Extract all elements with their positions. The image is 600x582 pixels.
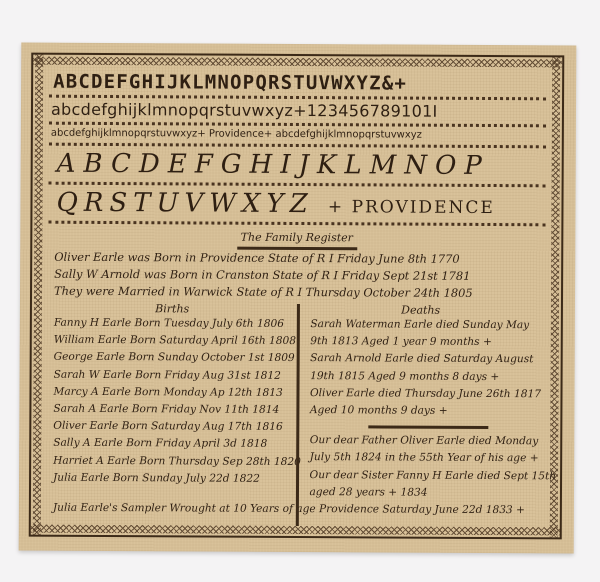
birth-entry: Sarah A Earle Born Friday Nov 11th 1814 bbox=[47, 401, 296, 420]
death-entry: 19th 1815 Aged 9 months 8 days + bbox=[304, 368, 553, 387]
death-entry: aged 28 years + 1834 bbox=[303, 484, 552, 503]
register-columns: Fanny H Earle Born Tuesday July 6th 1806… bbox=[47, 315, 545, 503]
birth-entry: Sarah W Earle Born Friday Aug 31st 1812 bbox=[48, 366, 297, 385]
death-entry: Sarah Arnold Earle died Saturday August bbox=[304, 350, 553, 369]
alphabet-lowercase-numbers: abcdefghijklmnopqrstuvwxyz+123456789101I bbox=[49, 98, 546, 128]
birth-entry: Sally A Earle Born Friday April 3d 1818 bbox=[47, 435, 296, 454]
alphabet-script-a-p: ABCDEFGHIJKLMNOP bbox=[49, 146, 546, 188]
alphabet-uppercase-block: ABCDEFGHIJKLMNOPQRSTUVWXYZ&+ bbox=[49, 69, 546, 101]
death-entry: Sarah Waterman Earle died Sunday May bbox=[304, 316, 553, 335]
register-title: The Family Register bbox=[48, 230, 545, 246]
death-entry: Aged 10 months 9 days + bbox=[304, 402, 553, 421]
deaths-separator bbox=[368, 426, 488, 430]
family-register: The Family Register Oliver Earle was Bor… bbox=[47, 230, 545, 519]
birth-entry: William Earle Born Saturday April 16th 1… bbox=[48, 332, 297, 351]
birth-entry: Fanny H Earle Born Tuesday July 6th 1806 bbox=[48, 315, 297, 334]
deaths-column: Sarah Waterman Earle died Sunday May 9th… bbox=[295, 316, 552, 502]
death-entry: Our dear Sister Fanny H Earle died Sept … bbox=[304, 467, 553, 486]
births-column: Fanny H Earle Born Tuesday July 6th 1806… bbox=[47, 315, 296, 501]
providence-label: + PROVIDENCE bbox=[328, 197, 495, 218]
sampler-cloth: ABCDEFGHIJKLMNOPQRSTUVWXYZ&+ abcdefghijk… bbox=[19, 43, 577, 554]
death-entry: Oliver Earle died Thursday June 26th 181… bbox=[304, 385, 553, 404]
death-entry: Our dear Father Oliver Earle died Monday bbox=[304, 432, 553, 451]
death-entry: July 5th 1824 in the 55th Year of his ag… bbox=[304, 449, 553, 468]
birth-entry: Julia Earle Born Sunday July 22d 1822 bbox=[47, 470, 296, 489]
deaths-heading: Deaths bbox=[296, 303, 545, 317]
birth-entry: George Earle Born Sunday October 1st 180… bbox=[48, 349, 297, 368]
alphabet-script-q-z: QRSTUVWXYZ + PROVIDENCE bbox=[48, 185, 545, 227]
births-heading: Births bbox=[48, 302, 297, 316]
alphabet-small-providence: abcdefghijklmnopqrstuvwxyz+ Providence+ … bbox=[49, 125, 546, 149]
script-q-z-text: QRSTUVWXYZ bbox=[56, 188, 313, 219]
register-line: They were Married in Warwick State of R … bbox=[48, 283, 545, 303]
sampler-content: ABCDEFGHIJKLMNOPQRSTUVWXYZ&+ abcdefghijk… bbox=[47, 69, 546, 526]
death-entry: 9th 1813 Aged 1 year 9 months + bbox=[304, 333, 553, 352]
birth-entry: Marcy A Earle Born Monday Ap 12th 1813 bbox=[47, 384, 296, 403]
birth-entry: Oliver Earle Born Saturday Aug 17th 1816 bbox=[47, 418, 296, 437]
birth-entry: Harriet A Earle Born Thursday Sep 28th 1… bbox=[47, 452, 296, 471]
